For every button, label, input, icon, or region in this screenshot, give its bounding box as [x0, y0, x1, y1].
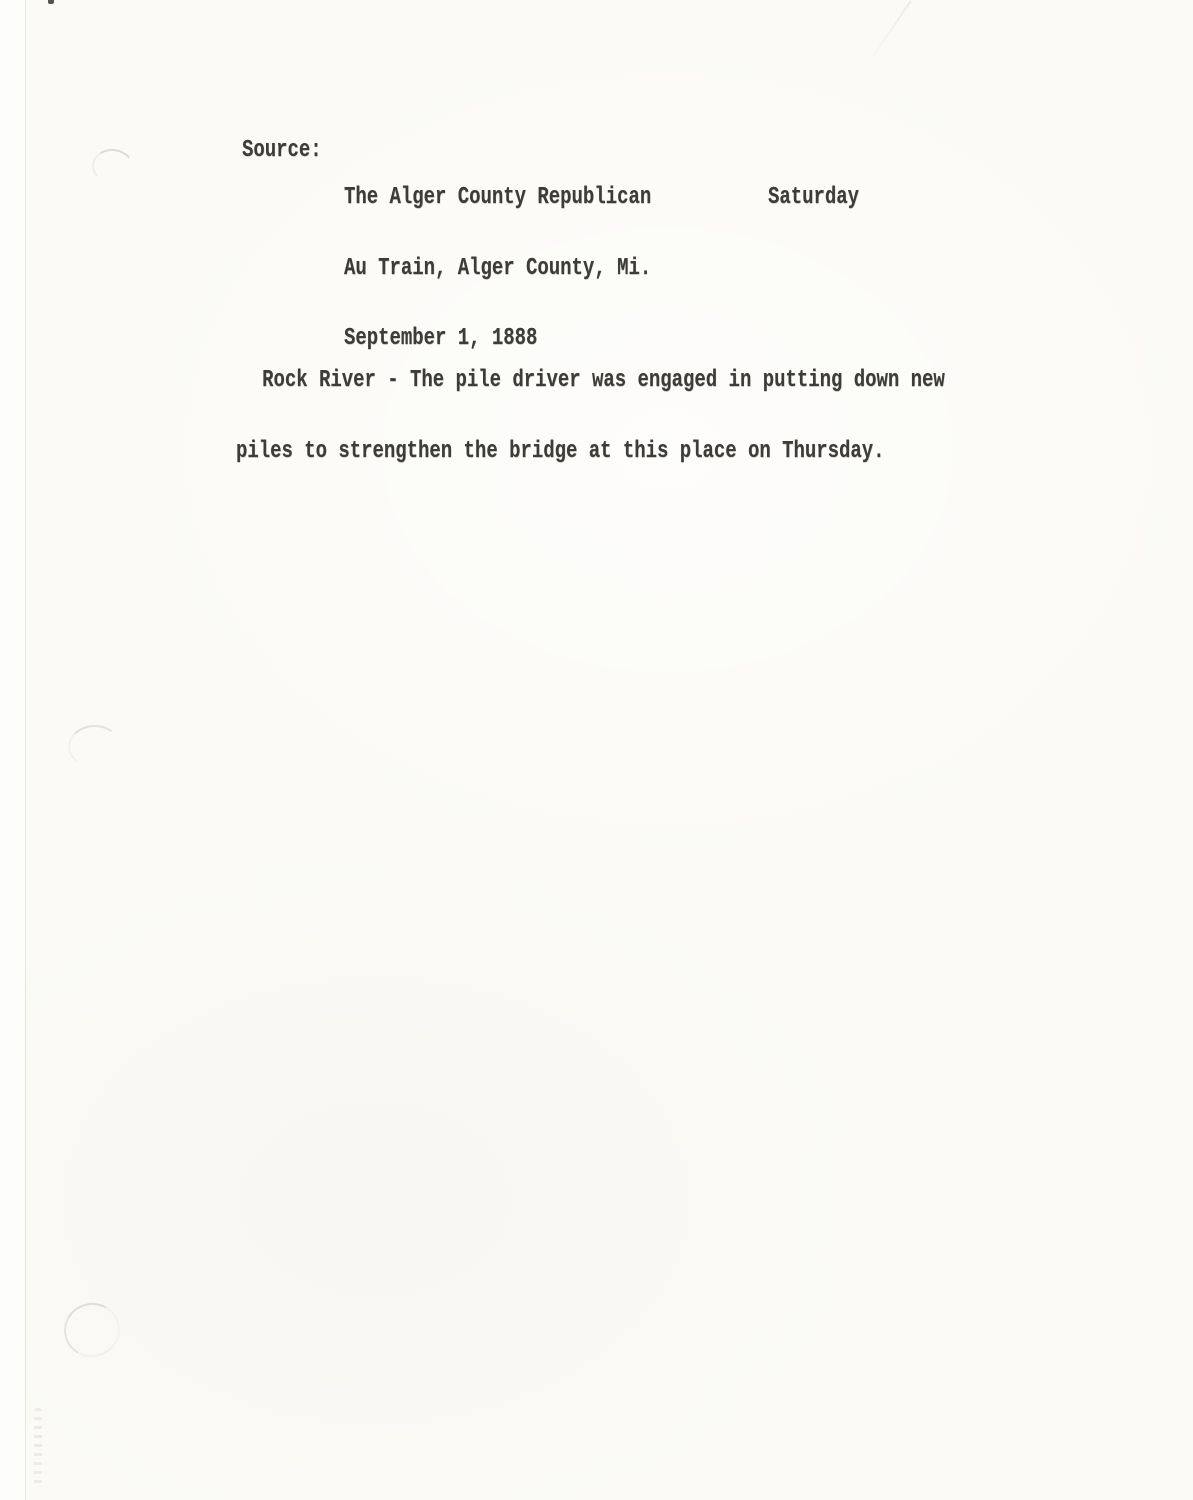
day-of-week: Saturday — [768, 186, 859, 210]
hole-punch-mark — [58, 1297, 126, 1364]
hole-punch-mark — [89, 146, 136, 188]
source-location: Au Train, Alger County, Mi. — [344, 257, 651, 281]
paper-crease — [866, 0, 911, 66]
scan-smudge — [34, 1408, 42, 1488]
scan-edge-mark — [48, 0, 54, 4]
scanned-document-page: { "paper": { "background_color": "#fbfaf… — [0, 0, 1193, 1500]
source-name: The Alger County Republican — [344, 186, 651, 210]
article-line-1: Rock River - The pile driver was engaged… — [236, 369, 945, 393]
source-label: Source: — [242, 139, 322, 163]
paper-sheet: Source: The Alger County Republican Au T… — [25, 0, 1193, 1500]
hole-punch-mark — [67, 723, 122, 769]
article-paragraph: Rock River - The pile driver was engaged… — [236, 322, 945, 510]
article-line-2: piles to strengthen the bridge at this p… — [236, 440, 945, 464]
